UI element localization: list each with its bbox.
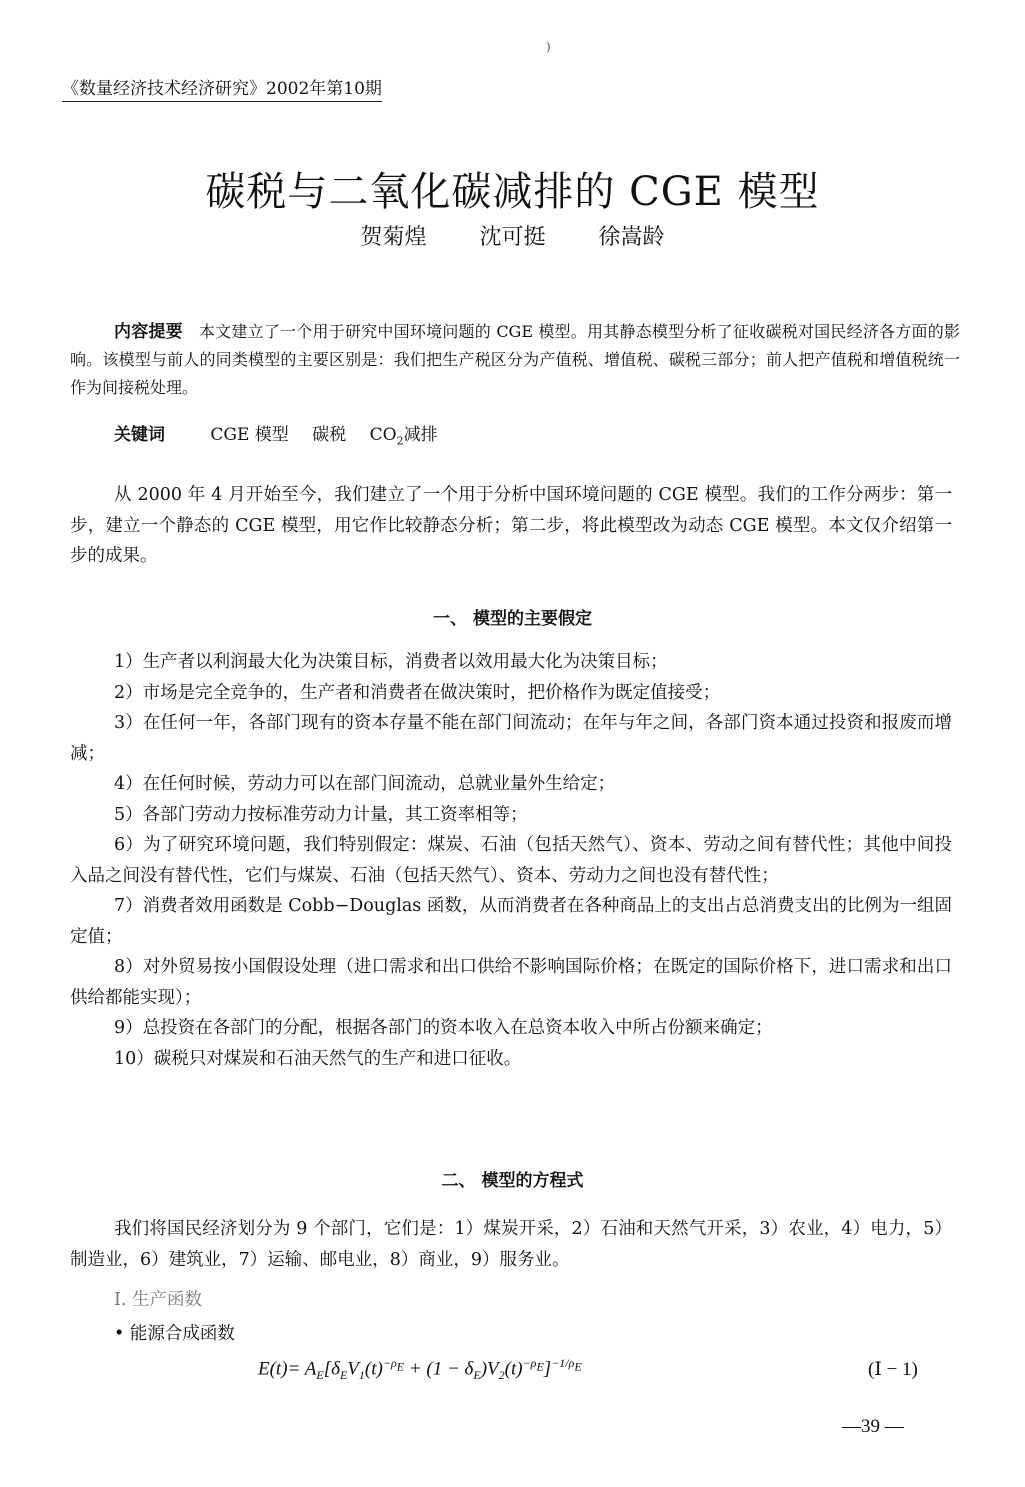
assumption-item: 7）消费者效用函数是 Cobb−Douglas 函数，从而消费者在各种商品上的支… [70,891,952,952]
assumption-list: 1）生产者以利润最大化为决策目标，消费者以效用最大化为决策目标； 2）市场是完全… [70,647,952,1074]
abstract-label: 内容提要 [114,322,183,342]
abstract-text: 本文建立了一个用于研究中国环境问题的 CGE 模型。用其静态模型分析了征收碳税对… [70,322,960,397]
assumption-item: 10）碳税只对煤炭和石油天然气的生产和进口征收。 [70,1044,952,1075]
co2-subscript: 2 [397,434,404,447]
bullet-energy-composite: • 能源合成函数 [114,1320,235,1345]
author-name: 沈可挺 [479,225,545,250]
equation-number: (Ⅰ − 1) [868,1358,918,1381]
author-name: 贺菊煌 [360,225,426,250]
assumption-item: 9）总投资在各部门的分配，根据各部门的资本收入在总资本收入中所占份额来确定； [70,1013,952,1044]
co2-suffix: 减排 [404,425,438,445]
author-name: 徐嵩龄 [599,225,665,250]
keyword-co2: CO2减排 [370,425,438,445]
sectors-paragraph: 我们将国民经济划分为 9 个部门，它们是：1）煤炭开采，2）石油和天然气开采，3… [70,1214,952,1275]
keyword: 碳税 [312,425,346,445]
abstract: 内容提要本文建立了一个用于研究中国环境问题的 CGE 模型。用其静态模型分析了征… [70,318,960,402]
assumption-item: 1）生产者以利润最大化为决策目标，消费者以效用最大化为决策目标； [70,647,952,678]
article-title: 碳税与二氧化碳减排的 CGE 模型 [0,160,1025,217]
assumption-item: 8）对外贸易按小国假设处理（进口需求和出口供给不影响国际价格；在既定的国际价格下… [70,952,952,1013]
assumption-item: 6）为了研究环境问题，我们特别假定：煤炭、石油（包括天然气）、资本、劳动之间有替… [70,830,952,891]
section-heading-2: 二、 模型的方程式 [0,1166,1025,1191]
author-list: 贺菊煌 沈可挺 徐嵩龄 [0,220,1025,251]
assumption-item: 2）市场是完全竞争的，生产者和消费者在做决策时，把价格作为既定值接受； [70,678,952,709]
subheading-production-function: Ⅰ. 生产函数 [114,1286,202,1311]
scan-mark: ) [546,40,551,54]
journal-header: 《数量经济技术经济研究》2002年第10期 [62,74,382,102]
assumption-item: 5）各部门劳动力按标准劳动力计量，其工资率相等； [70,800,952,831]
equation-energy-composite: E(t)= AE[δEV1(t)−ρE + (1 − δE)V2(t)−ρE]−… [258,1356,582,1383]
assumption-item: 3）在任何一年，各部门现有的资本存量不能在部门间流动；在年与年之间，各部门资本通… [70,708,952,769]
keyword: CGE 模型 [210,425,288,445]
section-heading-1: 一、 模型的主要假定 [0,604,1025,629]
intro-paragraph: 从 2000 年 4 月开始至今，我们建立了一个用于分析中国环境问题的 CGE … [70,480,952,572]
co2-prefix: CO [370,425,397,445]
keywords-label: 关键词 [114,425,165,445]
keywords: 关键词 CGE 模型 碳税 CO2减排 [114,420,456,447]
equation-lhs: E(t)= A [258,1358,316,1379]
assumption-item: 4）在任何时候，劳动力可以在部门间流动，总就业量外生给定； [70,769,952,800]
page-number: —39 — [842,1416,904,1438]
